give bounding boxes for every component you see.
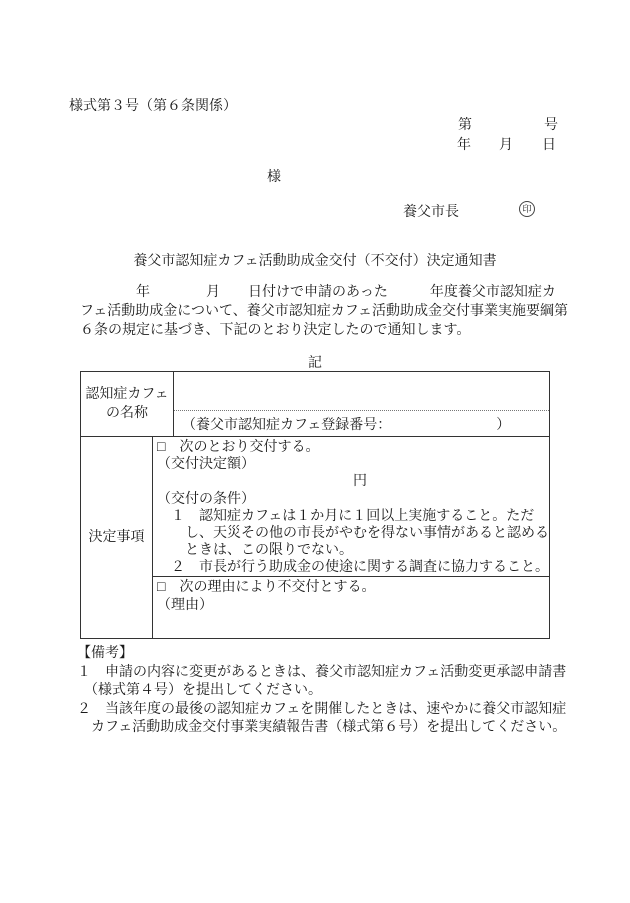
doc-number-prefix: 第	[458, 114, 472, 134]
addressee-honorific: 様	[267, 166, 281, 186]
sender-title: 養父市長	[403, 201, 459, 221]
grant-checkbox-line: □ 次のとおり交付する。	[157, 439, 549, 456]
date-month-label: 月	[499, 134, 513, 154]
cafe-name-blank-field	[174, 372, 549, 411]
rejection-checkbox-line: □ 次の理由により不交付とする。	[157, 579, 549, 597]
grant-condition-line: し、天災その他の市長がやむを得ない事情があると認める	[157, 525, 549, 542]
decision-value-cell: □ 次のとおり交付する。 （交付決定額） 円 （交付の条件） １ 認知症カフェは…	[153, 437, 549, 638]
table-row-decision: 決定事項 □ 次のとおり交付する。 （交付決定額） 円 （交付の条件） １ 認知…	[81, 437, 549, 638]
grant-amount-unit-line: 円	[157, 473, 549, 490]
document-title: 養父市認知症カフェ活動助成金交付（不交付）決定通知書	[0, 250, 630, 270]
notes-heading: 【備考】	[77, 645, 563, 664]
seal-character: 印	[522, 205, 531, 214]
record-marker: 記	[0, 352, 630, 372]
grant-condition-line: １ 認知症カフェは１か月に１回以上実施すること。ただ	[157, 508, 549, 525]
note-item: ２ 当該年度の最後の認知症カフェを開催したときは、速やかに養父市認知症	[77, 701, 563, 720]
form-number-label: 様式第３号（第６条関係）	[69, 95, 237, 115]
decision-table: 認知症カフェ の名称 （養父市認知症カフェ登録番号： ） 決定事項 □ 次のとお…	[80, 371, 550, 639]
grant-section: □ 次のとおり交付する。 （交付決定額） 円 （交付の条件） １ 認知症カフェは…	[153, 437, 549, 577]
grant-condition-line: ときは、この限りでない。	[157, 542, 549, 559]
seal-icon: 印	[519, 201, 535, 217]
grant-amount-label-line: （交付決定額）	[157, 456, 549, 473]
body-line: 年 月 日付けで申請のあった 年度養父市認知症カ	[80, 283, 566, 302]
doc-number-suffix: 号	[544, 114, 558, 134]
date-year-label: 年	[457, 134, 471, 154]
rejection-section: □ 次の理由により不交付とする。 （理由）	[153, 577, 549, 638]
rejection-reason-label-line: （理由）	[157, 597, 549, 615]
cafe-name-header-line: の名称	[106, 404, 148, 423]
body-paragraph: 年 月 日付けで申請のあった 年度養父市認知症カ フェ活動助成金について、養父市…	[80, 283, 566, 340]
table-row-cafe-name: 認知症カフェ の名称 （養父市認知症カフェ登録番号： ）	[81, 372, 549, 437]
note-item: カフェ活動助成金交付事業実績報告書（様式第６号）を提出してください。	[77, 719, 563, 738]
decision-header-cell: 決定事項	[81, 437, 153, 638]
cafe-name-header-line: 認知症カフェ	[85, 385, 168, 404]
cafe-name-header-cell: 認知症カフェ の名称	[81, 372, 174, 436]
note-item: １ 申請の内容に変更があるときは、養父市認知症カフェ活動変更承認申請書	[77, 664, 563, 683]
grant-conditions-label-line: （交付の条件）	[157, 491, 549, 508]
document-page: 様式第３号（第６条関係） 第 号 年 月 日 様 養父市長 印 養父市認知症カフ…	[0, 0, 630, 903]
body-line: ６条の規定に基づき、下記のとおり決定したので通知します。	[80, 321, 566, 340]
grant-condition-line: ２ 市長が行う助成金の使途に関する調査に協力すること。	[157, 559, 549, 576]
registration-number-line: （養父市認知症カフェ登録番号： ）	[174, 411, 549, 436]
cafe-name-value-cell: （養父市認知症カフェ登録番号： ）	[174, 372, 549, 436]
note-item: （様式第４号）を提出してください。	[77, 682, 563, 701]
notes-section: 【備考】 １ 申請の内容に変更があるときは、養父市認知症カフェ活動変更承認申請書…	[77, 645, 563, 738]
date-day-label: 日	[542, 134, 556, 154]
body-line: フェ活動助成金について、養父市認知症カフェ活動助成金交付事業実施要綱第	[80, 302, 566, 321]
